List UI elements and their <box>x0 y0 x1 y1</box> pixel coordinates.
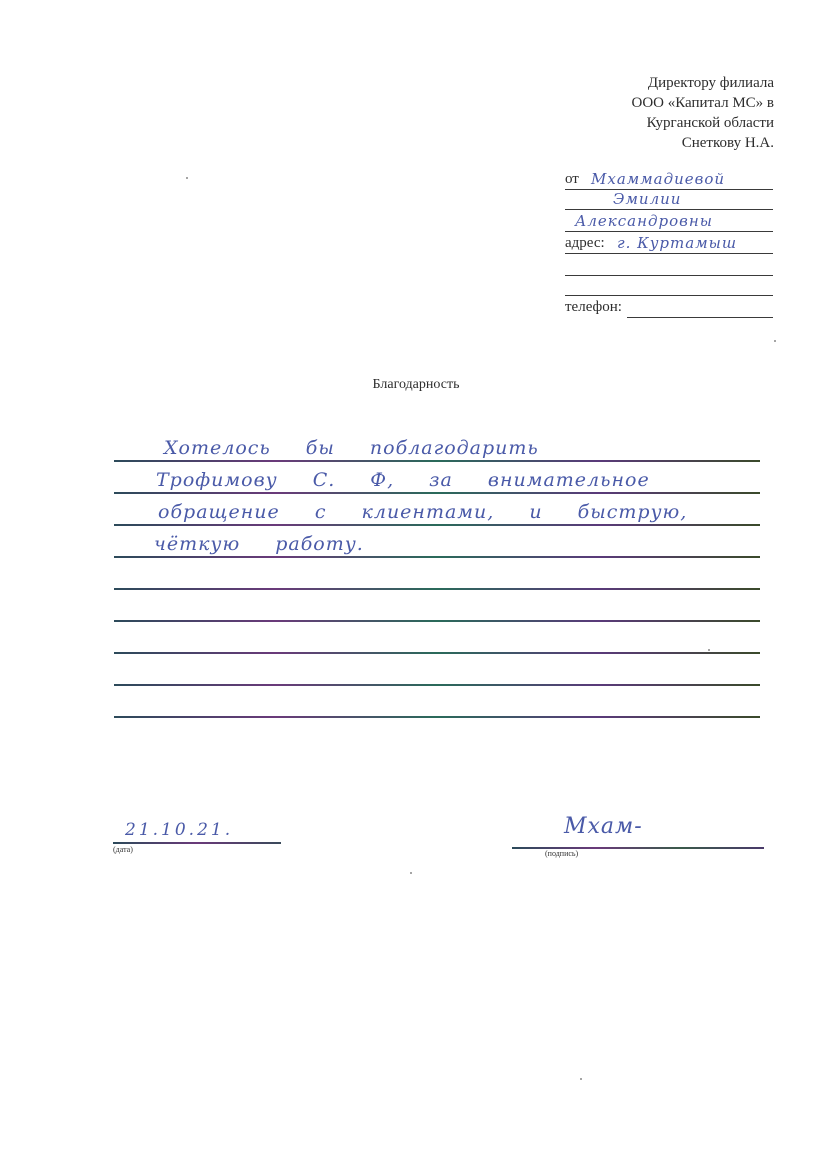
sender-address-line: адрес: г. Куртамыш <box>565 232 773 254</box>
body-line: Трофимову С. Ф, за внимательное <box>114 462 760 494</box>
sender-phone-line: телефон: <box>565 296 773 318</box>
body-line <box>114 558 760 590</box>
address-value: г. Куртамыш <box>617 234 737 252</box>
scan-speck <box>410 872 412 874</box>
underline <box>114 716 760 718</box>
signature-field: Мхам- (подпись) <box>512 812 764 860</box>
sender-name-line-3: Александровны <box>565 210 773 232</box>
sender-name-line-1: от Мхаммадиевой <box>565 168 773 190</box>
body-line <box>114 654 760 686</box>
document-title: Благодарность <box>0 377 832 393</box>
addressee-block: Директору филиала ООО «Капитал МС» в Кур… <box>631 73 774 153</box>
address-label: адрес: <box>565 235 607 252</box>
sender-patronymic: Александровны <box>575 212 713 230</box>
document-page: Директору филиала ООО «Капитал МС» в Кур… <box>0 0 832 1169</box>
date-value: 21.10.21. <box>125 820 233 840</box>
body-line: обращение с клиентами, и быструю, <box>114 494 760 526</box>
body-line: чёткую работу. <box>114 526 760 558</box>
sender-name-line-2: Эмилии <box>565 188 773 210</box>
body-line <box>114 590 760 622</box>
scan-speck <box>580 1078 582 1080</box>
sender-first-name: Эмилии <box>613 190 681 208</box>
body-line <box>114 622 760 654</box>
from-label: от <box>565 171 581 188</box>
body-text: обращение с клиентами, и быструю, <box>158 501 687 523</box>
body-text: Хотелось бы поблагодарить <box>164 437 539 459</box>
underline <box>627 317 773 318</box>
phone-label: телефон: <box>565 299 624 316</box>
sender-address-line-2 <box>565 254 773 276</box>
sender-surname: Мхаммадиевой <box>591 170 725 188</box>
scan-speck <box>774 340 776 342</box>
date-field: 21.10.21. (дата) <box>113 818 281 858</box>
scan-speck <box>708 649 710 651</box>
addressee-line: Директору филиала <box>631 73 774 93</box>
addressee-line: Курганской области <box>631 113 774 133</box>
underline <box>113 842 281 844</box>
date-caption: (дата) <box>113 845 133 854</box>
addressee-line: ООО «Капитал МС» в <box>631 93 774 113</box>
body-line <box>114 686 760 718</box>
scan-speck <box>186 177 188 179</box>
letter-body: Хотелось бы поблагодарить Трофимову С. Ф… <box>114 430 760 718</box>
signature-value: Мхам- <box>564 814 643 839</box>
body-line: Хотелось бы поблагодарить <box>114 430 760 462</box>
signature-caption: (подпись) <box>545 849 578 858</box>
body-text: чёткую работу. <box>154 533 364 555</box>
body-text: Трофимову С. Ф, за внимательное <box>156 469 650 491</box>
sender-address-line-3 <box>565 274 773 296</box>
addressee-line: Снеткову Н.А. <box>631 133 774 153</box>
